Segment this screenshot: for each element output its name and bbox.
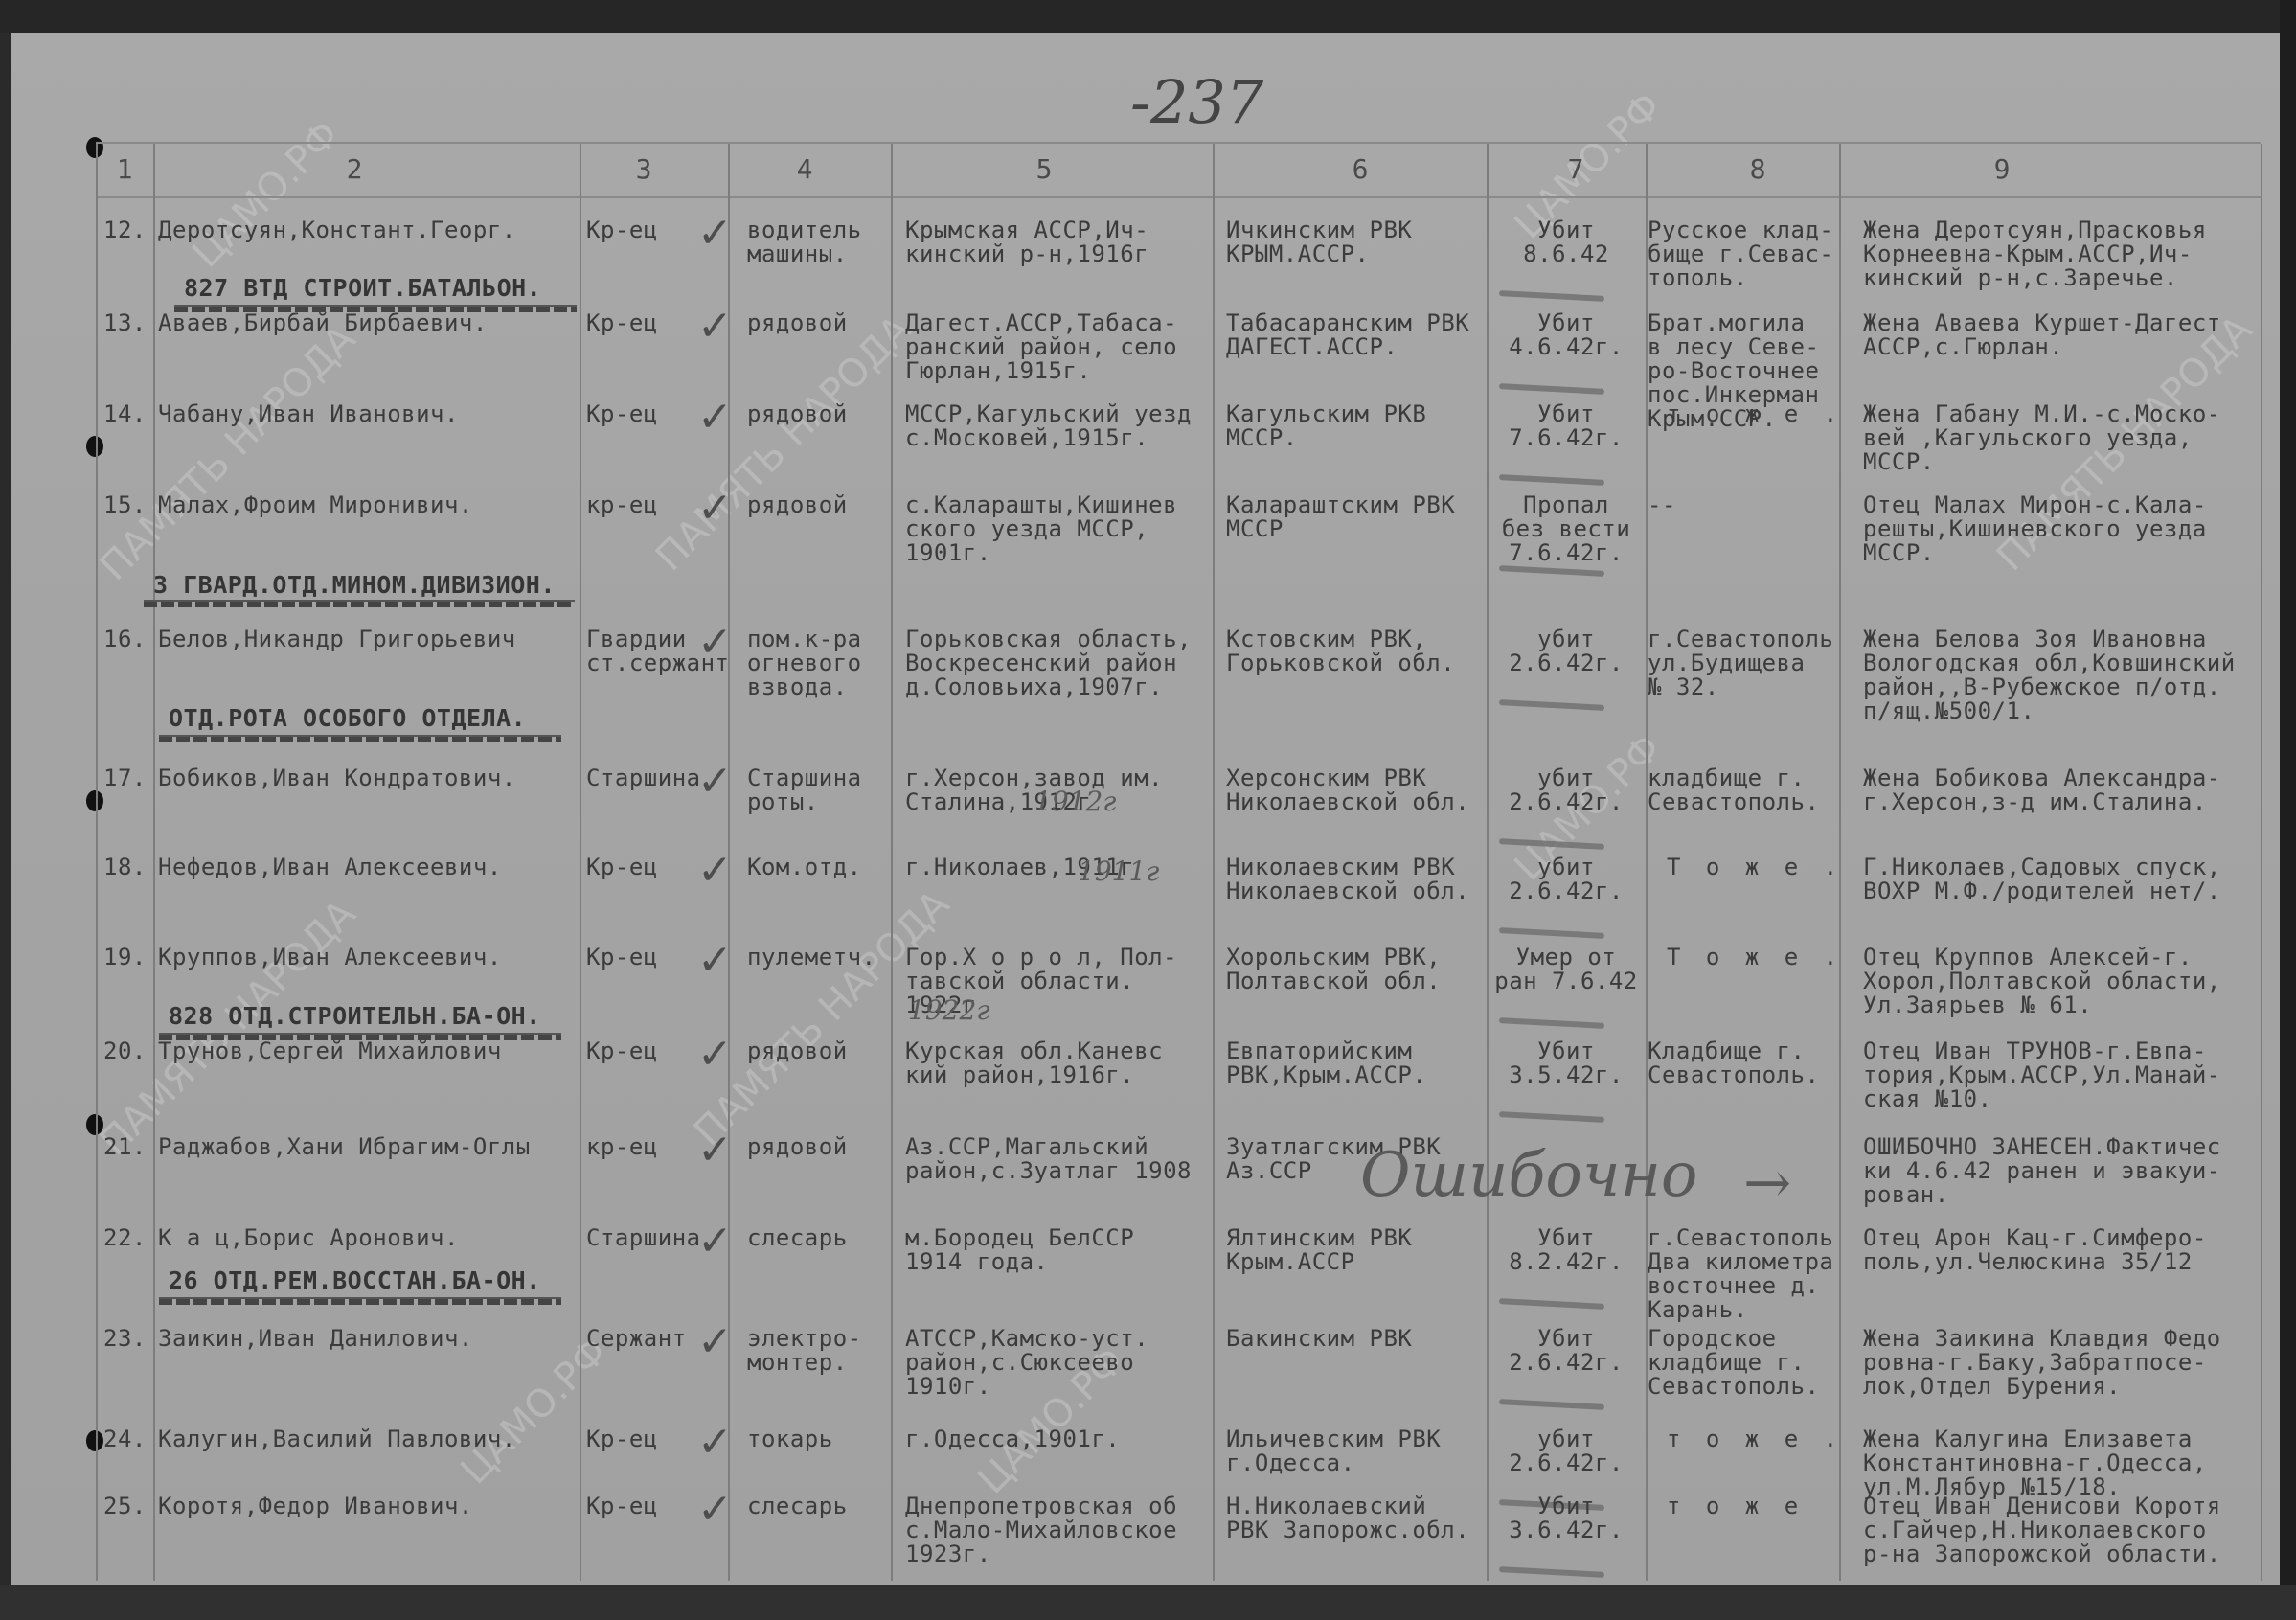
cell-position: пом.к-ра огневого взвода. [747, 627, 862, 699]
cell-rvk: Н.Николаевский РВК Запорожс.обл. [1226, 1495, 1469, 1542]
cell-relatives: Отец Иван ТРУНОВ-г.Евпа- тория,Крым.АССР… [1863, 1039, 2221, 1111]
cell-birth: Дагест.АССР,Табаса- ранский район, село … [905, 311, 1177, 383]
cell-fate: Убит 4.6.42г. [1490, 311, 1642, 359]
cell-burial: т о ж е . [1667, 1427, 1843, 1451]
cell-rank: Кр-ец [586, 311, 658, 335]
cell-rank: Старшина [586, 766, 701, 790]
cell-rvk: Хорольским РВК, Полтавской обл. [1226, 946, 1441, 993]
cell-fate: убит 2.6.42г. [1490, 766, 1642, 814]
cell-position: рядовой [747, 493, 848, 517]
cell-burial: Русское клад- бище г.Севас- тополь. [1648, 218, 1833, 290]
cell-relatives: Жена Аваева Куршет-Дагест АССР,с.Гюрлан. [1863, 311, 2221, 359]
cell-burial: т о ж е [1667, 1495, 1804, 1518]
cell-fate: Убит 2.6.42г. [1490, 1327, 1642, 1375]
cell-num: 15. [103, 493, 147, 517]
cell-fate: убит 2.6.42г. [1490, 856, 1642, 903]
cell-fate: Пропал без вести 7.6.42г. [1490, 493, 1642, 565]
cell-name: Аваев,Бирбай Бирбаевич. [158, 311, 488, 335]
check-mark-icon: ✓ [697, 484, 733, 533]
column-number: 9 [1983, 153, 2021, 185]
cell-name: Круппов,Иван Алексеевич. [158, 946, 502, 970]
cell-name: Белов,Никандр Григорьевич [158, 627, 516, 651]
cell-num: 25. [103, 1495, 147, 1518]
cell-relatives: Отец Малах Мирон-с.Кала- решты,Кишиневск… [1863, 493, 2207, 565]
cell-burial: кладбище г. Севастополь. [1648, 766, 1819, 814]
column-divider [153, 144, 155, 1581]
cell-birth: Днепропетровская об с.Мало-Михайловское … [905, 1495, 1177, 1566]
check-mark-icon: ✓ [697, 846, 733, 895]
cell-birth: с.Каларашты,Кишинев ского уезда МССР, 19… [905, 493, 1177, 565]
cell-relatives: Жена Калугина Елизавета Константиновна-г… [1863, 1427, 2207, 1499]
cell-rvk: Херсонским РВК Николаевской обл. [1226, 766, 1469, 814]
cell-relatives: Жена Заикина Клавдия Федо ровна-г.Баку,З… [1863, 1327, 2221, 1399]
cell-burial: Т о ж е . [1667, 946, 1843, 970]
cell-name: Деротсуян,Констант.Георг. [158, 218, 516, 242]
cell-fate: Убит 3.6.42г. [1490, 1495, 1642, 1542]
scan-right-border [2280, 0, 2296, 1620]
check-mark-icon: ✓ [697, 936, 733, 985]
cell-birth: Курская обл.Каневс кий район,1916г. [905, 1039, 1163, 1087]
cell-rank: Кр-ец [586, 1039, 658, 1063]
unit-heading: 827 ВТД СТРОИТ.БАТАЛЬОН. [184, 276, 541, 301]
cell-num: 18. [103, 856, 147, 879]
cell-name: Трунов,Сергей Михайлович [158, 1039, 502, 1063]
cell-rank: Кр-ец [586, 402, 658, 426]
cell-rank: Кр-ец [586, 856, 658, 879]
check-mark-icon: ✓ [697, 1030, 733, 1079]
handwritten-year: 1922г [908, 994, 989, 1026]
cell-name: Коротя,Федор Иванович. [158, 1495, 473, 1518]
cell-relatives: Г.Николаев,Садовых спуск, ВОХР М.Ф./роди… [1863, 856, 2221, 903]
cell-num: 20. [103, 1039, 147, 1063]
cell-rank: Сержант [586, 1327, 687, 1351]
cell-rvk: Бакинским РВК [1226, 1327, 1412, 1351]
column-number: 4 [785, 153, 824, 185]
cell-rvk: Калараштским РВК МССР [1226, 493, 1455, 541]
cell-position: водитель машины. [747, 218, 862, 266]
cell-birth: АТССР,Камско-уст. район,с.Сюксеево 1910г… [905, 1327, 1148, 1399]
cell-rvk: Евпаторийским РВК,Крым.АССР. [1226, 1039, 1426, 1087]
cell-num: 14. [103, 402, 147, 426]
column-divider [1213, 144, 1215, 1581]
cell-num: 21. [103, 1135, 147, 1159]
cell-position: слесарь [747, 1226, 848, 1250]
check-mark-icon: ✓ [697, 1485, 733, 1534]
cell-relatives: Жена Белова Зоя Ивановна Вологодская обл… [1863, 627, 2236, 723]
column-divider [891, 144, 893, 1581]
cell-rvk: Кстовским РВК, Горьковской обл. [1226, 627, 1455, 675]
handwritten-arrow: → [1743, 1150, 1791, 1217]
column-divider [2261, 144, 2262, 1581]
check-mark-icon: ✓ [697, 1217, 733, 1266]
check-mark-icon: ✓ [697, 1317, 733, 1366]
cell-name: К а ц,Борис Аронович. [158, 1226, 459, 1250]
cell-fate: убит 2.6.42г. [1490, 1427, 1642, 1475]
unit-heading: ОТД.РОТА ОСОБОГО ОТДЕЛА. [169, 706, 526, 731]
cell-name: Раджабов,Хани Ибрагим-Оглы [158, 1135, 531, 1159]
cell-num: 13. [103, 311, 147, 335]
cell-rvk: Николаевским РВК Николаевской обл. [1226, 856, 1469, 903]
cell-position: пулеметч. [747, 946, 876, 970]
unit-underline [159, 1297, 561, 1305]
cell-relatives: Жена Габану М.И.-с.Моско- вей ,Кагульско… [1863, 402, 2221, 474]
cell-fate: убит 2.6.42г. [1490, 627, 1642, 675]
cell-rank: кр-ец [586, 1135, 658, 1159]
scan-bottom-border [0, 1585, 2296, 1620]
cell-burial: г.Севастополь Два километра восточнее д.… [1648, 1226, 1833, 1322]
check-mark-icon: ✓ [697, 1418, 733, 1467]
column-number: 8 [1739, 153, 1777, 185]
unit-heading: 26 ОТД.РЕМ.ВОССТАН.БА-ОН. [169, 1268, 541, 1293]
cell-burial: Кладбище г. Севастополь. [1648, 1039, 1819, 1087]
cell-rvk: Кагульским РКВ МССР. [1226, 402, 1426, 450]
cell-relatives: Отец Круппов Алексей-г. Хорол,Полтавской… [1863, 946, 2221, 1017]
cell-fate: Убит 8.2.42г. [1490, 1226, 1642, 1274]
column-number: 7 [1557, 153, 1595, 185]
cell-fate: Умер от ран 7.6.42 [1490, 946, 1642, 993]
cell-rank: Кр-ец [586, 218, 658, 242]
check-mark-icon: ✓ [697, 302, 733, 351]
cell-name: Малах,Фроим Миронивич. [158, 493, 473, 517]
check-mark-icon: ✓ [697, 757, 733, 806]
handwritten-year: 1912г [1034, 786, 1116, 817]
cell-num: 19. [103, 946, 147, 970]
cell-burial: г.Севастополь ул.Будищева № 32. [1648, 627, 1833, 699]
cell-num: 24. [103, 1427, 147, 1451]
cell-fate: Убит 3.5.42г. [1490, 1039, 1642, 1087]
cell-num: 16. [103, 627, 147, 651]
cell-rank: Старшина [586, 1226, 701, 1250]
punch-hole [86, 1430, 103, 1451]
scan-top-border [0, 0, 2296, 33]
column-divider [1487, 144, 1489, 1581]
cell-birth: Крымская АССР,Ич- кинский р-н,1916г [905, 218, 1148, 266]
cell-name: Нефедов,Иван Алексеевич. [158, 856, 502, 879]
cell-rvk: Ичкинским РВК КРЫМ.АССР. [1226, 218, 1412, 266]
cell-position: рядовой [747, 311, 848, 335]
cell-rvk: Ильичевским РВК г.Одесса. [1226, 1427, 1441, 1475]
column-number: 3 [625, 153, 663, 185]
unit-underline [144, 600, 575, 607]
check-mark-icon: ✓ [697, 393, 733, 442]
cell-fate: Убит 8.6.42 [1490, 218, 1642, 266]
cell-relatives: Отец Иван Денисови Коротя с.Гайчер,Н.Ник… [1863, 1495, 2221, 1566]
cell-burial: т о ж е . [1667, 402, 1843, 426]
column-number: 1 [105, 153, 144, 185]
cell-num: 22. [103, 1226, 147, 1250]
cell-burial: Т о ж е . [1667, 856, 1843, 879]
cell-rank: кр-ец [586, 493, 658, 517]
cell-position: токарь [747, 1427, 833, 1451]
cell-birth: Аз.ССР,Магальский район,с.Зуатлаг 1908 [905, 1135, 1192, 1183]
cell-burial: Городское кладбище г. Севастополь. [1648, 1327, 1819, 1399]
check-mark-icon: ✓ [697, 618, 733, 667]
cell-fate: Убит 7.6.42г. [1490, 402, 1642, 450]
cell-relatives: Жена Бобикова Александра- г.Херсон,з-д и… [1863, 766, 2221, 814]
column-number: 5 [1025, 153, 1063, 185]
handwritten-correction: Ошибочно [1360, 1140, 1697, 1211]
cell-relatives: Жена Деротсуян,Прасковья Корнеевна-Крым.… [1863, 218, 2207, 290]
cell-position: Ком.отд. [747, 856, 862, 879]
check-mark-icon: ✓ [697, 209, 733, 258]
cell-name: Бобиков,Иван Кондратович. [158, 766, 516, 790]
punch-hole [86, 137, 103, 158]
cell-rvk: Табасаранским РВК ДАГЕСТ.АССР. [1226, 311, 1469, 359]
cell-relatives: Отец Арон Кац-г.Симферо- поль,ул.Челюски… [1863, 1226, 2207, 1274]
cell-rank: Кр-ец [586, 1495, 658, 1518]
cell-relatives: ОШИБОЧНО ЗАНЕСЕН.Фактичес ки 4.6.42 ране… [1863, 1135, 2221, 1207]
column-number: 2 [335, 153, 374, 185]
unit-heading: 828 ОТД.СТРОИТЕЛЬН.БА-ОН. [169, 1004, 541, 1029]
header-rule [96, 196, 2261, 198]
cell-num: 12. [103, 218, 147, 242]
punch-hole [86, 436, 103, 457]
cell-position: рядовой [747, 1135, 848, 1159]
handwritten-year: 1911г [1078, 856, 1159, 887]
column-number: 6 [1341, 153, 1379, 185]
table-top-rule [96, 142, 2261, 144]
cell-num: 17. [103, 766, 147, 790]
cell-birth: г.Одесса,1901г. [905, 1427, 1120, 1451]
check-mark-icon: ✓ [697, 1126, 733, 1175]
cell-position: слесарь [747, 1495, 848, 1518]
cell-rank: Кр-ец [586, 946, 658, 970]
cell-position: рядовой [747, 1039, 848, 1063]
page-number: -237 [1130, 67, 1263, 137]
cell-birth: МССР,Кагульский уезд с.Московей,1915г. [905, 402, 1192, 450]
cell-position: Старшина роты. [747, 766, 862, 814]
punch-hole [86, 790, 103, 811]
cell-name: Заикин,Иван Данилович. [158, 1327, 473, 1351]
cell-rvk: Ялтинским РВК Крым.АССР [1226, 1226, 1412, 1274]
column-divider [96, 144, 98, 1581]
cell-name: Калугин,Василий Павлович. [158, 1427, 516, 1451]
column-divider [580, 144, 581, 1581]
cell-position: рядовой [747, 402, 848, 426]
cell-num: 23. [103, 1327, 147, 1351]
cell-name: Чабану,Иван Иванович. [158, 402, 459, 426]
cell-birth: м.Бородец БелССР 1914 года. [905, 1226, 1134, 1274]
unit-heading: 3 ГВАРД.ОТД.МИНОМ.ДИВИЗИОН. [153, 573, 556, 598]
cell-position: электро- монтер. [747, 1327, 862, 1375]
cell-rank: Кр-ец [586, 1427, 658, 1451]
unit-underline [159, 735, 561, 742]
cell-birth: Горьковская область, Воскресенский район… [905, 627, 1192, 699]
cell-burial: -- [1648, 493, 1676, 517]
